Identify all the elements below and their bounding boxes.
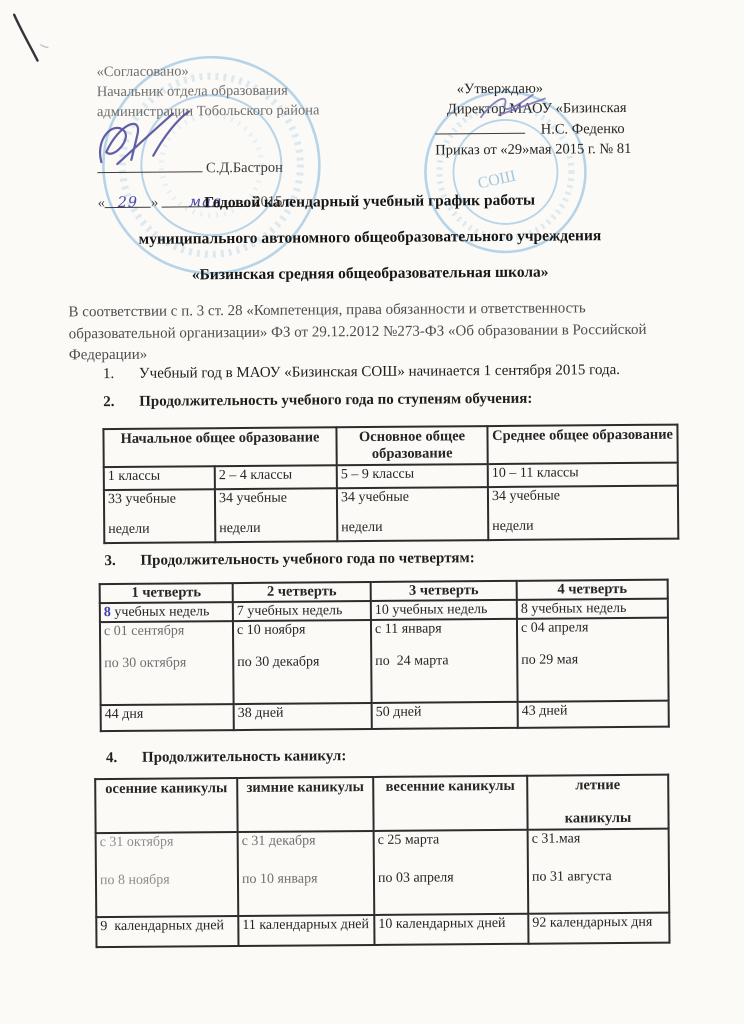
stamp-center-text: СОШ xyxy=(476,168,517,193)
dates-cell: с 10 ноябряпо 30 декабря xyxy=(233,620,372,704)
dates-cell: с 01 сентябряпо 30 октября xyxy=(100,621,234,705)
weeks-cell: 10 учебных недель xyxy=(371,600,517,620)
quarters-dates-row: с 01 сентябряпо 30 октября с 10 ноябряпо… xyxy=(100,618,669,705)
header-primary-education: Начальное общее образование xyxy=(103,427,336,467)
header-quarter-2: 2 четверть xyxy=(233,582,371,602)
vacations-days-row: 9 календарных дней 11 календарных дней 1… xyxy=(96,913,669,947)
dates-cell: с 31 декабряпо 10 января xyxy=(238,831,375,916)
days-cell: 50 дней xyxy=(372,702,518,729)
pen-scratch-mark xyxy=(4,6,65,76)
item-4-text: Продолжительность каникул: xyxy=(142,748,346,766)
classes-cell: 5 – 9 классы xyxy=(337,464,488,488)
education-levels-table: Начальное общее образование Основное общ… xyxy=(102,424,679,545)
header-summer-vacation: летниеканикулы xyxy=(527,775,668,830)
item-4-number: 4. xyxy=(102,750,142,767)
weeks-cell: 34 учебныенедели xyxy=(337,487,488,541)
item-2-number: 2. xyxy=(99,394,139,411)
header-quarter-3: 3 четверть xyxy=(371,581,517,601)
header-basic-education: Основное общее образование xyxy=(336,426,487,465)
dates-cell: с 31.маяпо 31 августа xyxy=(528,829,670,914)
header-autumn-vacation: осенние каникулы xyxy=(95,778,237,833)
classes-cell: 2 – 4 классы xyxy=(215,465,337,489)
weeks-cell: 8 учебных недель xyxy=(100,602,233,622)
header-spring-vacation: весенние каникулы xyxy=(373,776,527,831)
vacations-dates-row: с 31 октябряпо 8 ноября с 31 декабряпо 1… xyxy=(96,829,670,917)
item-2: 2.Продолжительность учебного года по сту… xyxy=(99,389,719,411)
dates-cell: с 25 мартапо 03 апреля xyxy=(374,830,529,915)
days-cell: 9 календарных дней xyxy=(96,916,238,947)
days-cell: 44 дня xyxy=(101,704,234,731)
days-cell: 10 календарных дней xyxy=(374,914,528,945)
item-1-number: 1. xyxy=(99,366,139,383)
levels-header-row: Начальное общее образование Основное общ… xyxy=(103,425,677,468)
item-1: 1.Учебный год в МАОУ «Бизинская СОШ» нач… xyxy=(99,361,719,383)
header-quarter-1: 1 четверть xyxy=(100,583,233,603)
days-cell: 43 дней xyxy=(518,701,669,728)
item-3-text: Продолжительность учебного года по четве… xyxy=(140,550,474,569)
days-cell: 38 дней xyxy=(234,703,372,730)
quarters-table: 1 четверть 2 четверть 3 четверть 4 четве… xyxy=(99,579,670,732)
dates-cell: с 04 апреляпо 29 мая xyxy=(517,618,669,702)
classes-cell: 10 – 11 классы xyxy=(488,463,678,487)
item-3-number: 3. xyxy=(100,553,140,570)
approval-left-line1: Начальник отдела образования xyxy=(97,80,417,103)
weeks-cell: 34 учебныенедели xyxy=(488,486,678,540)
order-line: Приказ от «29»мая 2015 г. № 81 xyxy=(435,138,725,160)
weeks-cell: 34 учебныенедели xyxy=(215,488,337,542)
dates-cell: с 11 январяпо 24 марта xyxy=(371,619,518,703)
header-quarter-4: 4 четверть xyxy=(517,580,668,600)
header-winter-vacation: зимние каникулы xyxy=(237,777,373,832)
item-1-text: Учебный год в МАОУ «Бизинская СОШ» начин… xyxy=(139,362,620,382)
dates-cell: с 31 октябряпо 8 ноября xyxy=(96,832,239,917)
left-ink-signature xyxy=(93,109,224,180)
weeks-cell: 7 учебных недель xyxy=(233,601,371,621)
days-cell: 92 календарных дня xyxy=(528,913,669,944)
document-sheet: СОШ «Согласовано» Начальник отдела образ… xyxy=(0,0,744,1024)
vacations-table: осенние каникулы зимние каникулы весенни… xyxy=(94,774,670,949)
item-2-text: Продолжительность учебного года по ступе… xyxy=(139,391,532,410)
item-3: 3.Продолжительность учебного года по чет… xyxy=(100,548,720,570)
classes-cell: 1 классы xyxy=(104,466,215,490)
legal-basis-paragraph: В соответствии с п. 3 ст. 28 «Компетенци… xyxy=(68,298,682,367)
right-ink-signature xyxy=(475,86,565,127)
scanned-document-page: СОШ «Согласовано» Начальник отдела образ… xyxy=(0,0,744,1024)
weeks-cell: 8 учебных недель xyxy=(517,599,668,619)
weeks-cell: 33 учебныенедели xyxy=(104,489,215,543)
header-secondary-education: Среднее общее образование xyxy=(487,425,677,464)
days-cell: 11 календарных дней xyxy=(238,915,374,946)
approval-left-label: «Согласовано» xyxy=(97,60,417,83)
vacations-header-row: осенние каникулы зимние каникулы весенни… xyxy=(95,775,668,833)
item-4: 4.Продолжительность каникул: xyxy=(102,745,722,767)
levels-weeks-row: 33 учебныенедели 34 учебныенедели 34 уче… xyxy=(104,486,678,544)
quarters-days-row: 44 дня 38 дней 50 дней 43 дней xyxy=(101,701,669,731)
